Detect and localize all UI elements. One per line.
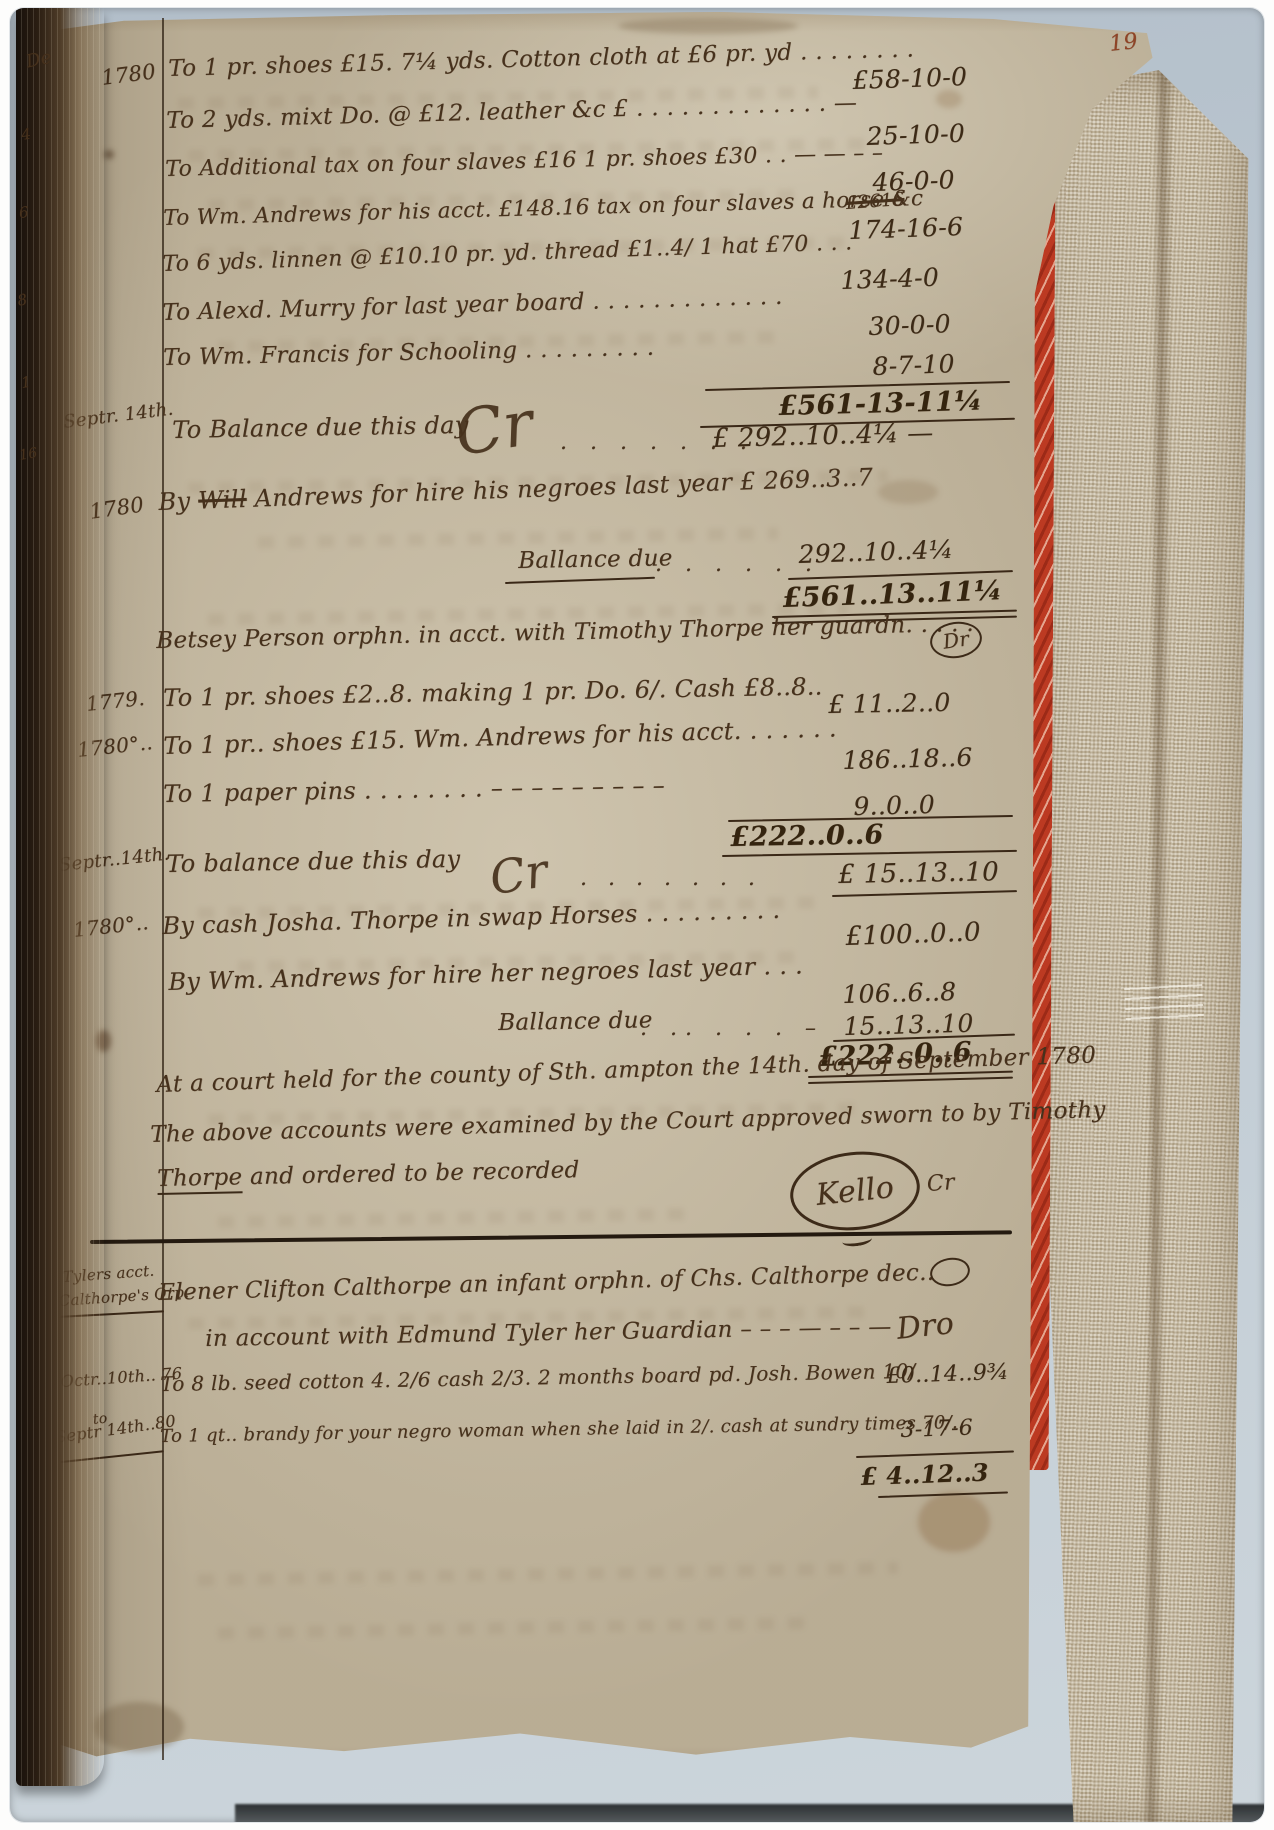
balance-amount: 292..10..4¼ xyxy=(798,535,954,569)
cr-flourish: Cr xyxy=(486,843,552,905)
balance-line: To balance due this day xyxy=(166,845,461,878)
entry-amount: 3-17-6 xyxy=(900,1415,973,1443)
spine-bleed-mark: 6 xyxy=(18,203,30,222)
entry-amount: £58-10-0 xyxy=(852,62,968,95)
section-total: £ 4..12..3 xyxy=(860,1458,989,1491)
entry-amount: £100..0..0 xyxy=(845,917,981,952)
entry-amount: 186..18..6 xyxy=(842,743,973,775)
ledger-rule xyxy=(162,18,164,1760)
page-number: 19 xyxy=(1108,29,1139,57)
balance-label: Ballance due xyxy=(498,1007,653,1036)
stain xyxy=(918,1492,990,1552)
paper-surface xyxy=(58,12,1158,1774)
entry-amount: 106..6..8 xyxy=(842,977,957,1009)
spine-bleed-mark: 4 xyxy=(20,125,32,144)
entry-amount: 30-0-0 xyxy=(868,309,951,341)
stain xyxy=(878,480,938,504)
stain xyxy=(936,90,962,108)
entry-amount: £0..14..9¾ xyxy=(886,1360,1009,1389)
leader-dots: . . . . . . xyxy=(655,552,820,577)
signature-text: Kello xyxy=(814,1170,895,1213)
amount-correction: £2616 xyxy=(845,189,905,214)
leader-dots: . .. . . . – xyxy=(640,1016,824,1041)
entry-amount: £ 11..2..0 xyxy=(828,688,951,719)
section-total: £561-13-11¼ xyxy=(778,386,983,422)
spine-bleed-mark: 16 xyxy=(18,445,39,464)
signature-mark: Cr xyxy=(926,1170,956,1197)
leader-dots: . . . . . . . xyxy=(580,866,762,891)
section-total: £222..0..6 xyxy=(730,819,884,853)
book-spine xyxy=(16,8,104,1786)
balance-line: To Balance due this day xyxy=(172,411,469,444)
entry-amount: 8-7-10 xyxy=(872,349,955,381)
stain xyxy=(94,1702,184,1752)
balance-label: Ballance due xyxy=(518,545,673,574)
balance-amount: £ 15..13..10 xyxy=(838,857,999,890)
stain xyxy=(104,150,114,159)
cr-flourish: Cr xyxy=(450,386,538,470)
stain xyxy=(618,18,798,34)
spine-bleed-mark: 1 xyxy=(20,373,32,392)
entry-amount: 174-16-6 xyxy=(848,212,964,245)
dr-label: Dr xyxy=(941,626,970,653)
ledger-photo: 19 1780 To 1 pr. shoes £15. 7¼ yds. Cott… xyxy=(10,8,1264,1822)
entry-text: By xyxy=(158,487,199,516)
entry-amount: 134-4-0 xyxy=(840,263,939,295)
struck-word: Will xyxy=(198,485,247,515)
ledger-page: 19 1780 To 1 pr. shoes £15. 7¼ yds. Cott… xyxy=(58,12,1158,1774)
dr-mark: Dro xyxy=(895,1306,956,1347)
balance-amount: £ 292..10..4¼ — xyxy=(712,418,934,454)
underlined-name: Thorpe xyxy=(157,1164,243,1195)
